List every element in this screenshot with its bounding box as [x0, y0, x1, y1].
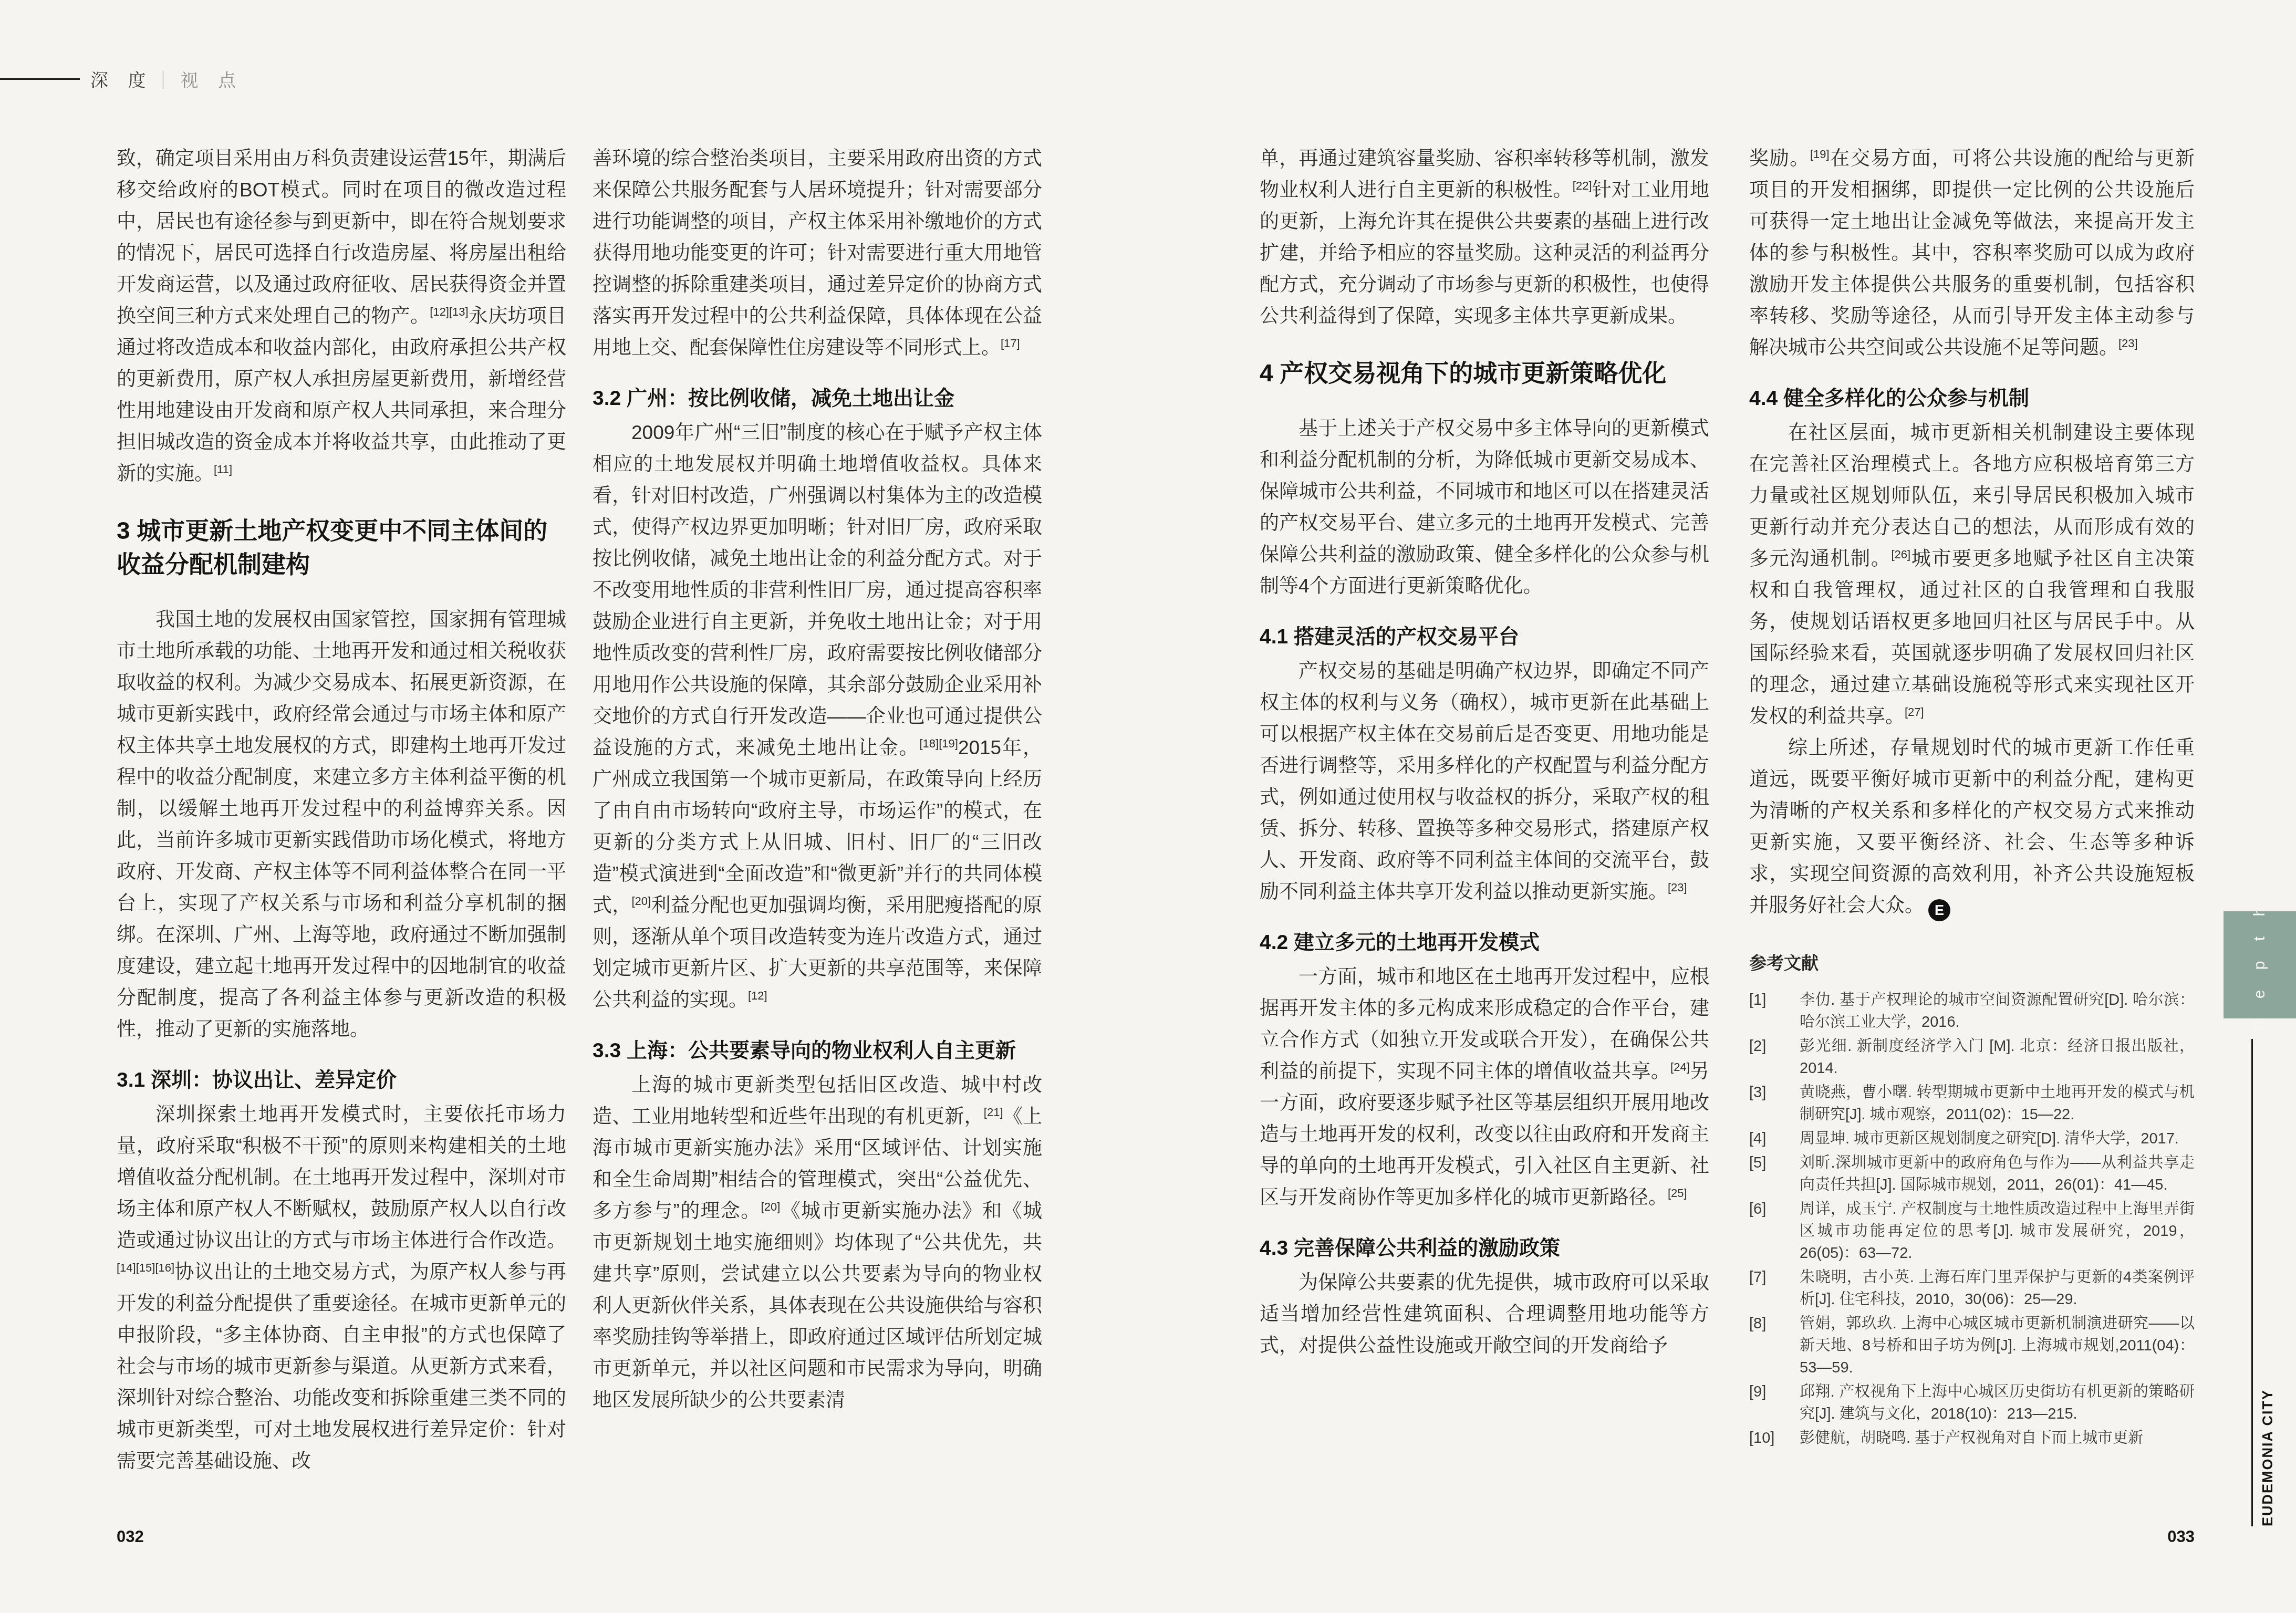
paragraph-strategy-intro: 基于上述关于产权交易中多主体导向的更新模式和利益分配机制的分析，为降低城市更新交… [1260, 413, 1709, 602]
reference-number: [8] [1749, 1313, 1800, 1379]
reference-item-6: [6]周详，成玉宁. 产权制度与土地性质改造过程中上海里弄街区城市功能再定位的思… [1749, 1198, 2195, 1264]
paragraph-public-participation: 在社区层面，城市更新相关机制建设主要体现在完善社区治理模式上。各地方应积极培育第… [1749, 417, 2195, 732]
section-heading-4: 4 产权交易视角下的城市更新策略优化 [1260, 356, 1709, 390]
reference-number: [6] [1749, 1198, 1800, 1264]
reference-text: 邱翔. 产权视角下上海中心城区历史街坊有机更新的策略研究[J]. 建筑与文化，2… [1800, 1381, 2195, 1425]
page-header: 深 度｜视 点 [90, 66, 243, 92]
reference-number: [10] [1749, 1427, 1800, 1449]
reference-item-8: [8]管娟，郭玖玖. 上海中心城区城市更新机制演进研究——以新天地、8号桥和田子… [1749, 1313, 2195, 1379]
paragraph-guangzhou: 2009年广州“三旧”制度的核心在于赋予产权主体相应的土地发展权并明确土地增值收… [593, 417, 1042, 1016]
reference-text: 周显坤. 城市更新区规划制度之研究[D]. 清华大学，2017. [1800, 1128, 2195, 1150]
sub-heading-3-1: 3.1 深圳：协议出让、差异定价 [117, 1064, 566, 1097]
reference-item-3: [3]黄晓燕，曹小曙. 转型期城市更新中土地再开发的模式与机制研究[J]. 城市… [1749, 1081, 2195, 1126]
reference-text: 管娟，郭玖玖. 上海中心城区城市更新机制演进研究——以新天地、8号桥和田子坊为例… [1800, 1313, 2195, 1379]
paragraph-trading-platform: 产权交易的基础是明确产权边界，即确定不同产权主体的权利与义务（确权），城市更新在… [1260, 655, 1709, 908]
page-number-right: 033 [1749, 1527, 2195, 1546]
reference-number: [7] [1749, 1266, 1800, 1310]
sub-heading-3-2: 3.2 广州：按比例收储，减免土地出让金 [593, 382, 1042, 415]
conclusion-text: 综上所述，存量规划时代的城市更新工作任重道远，既要平衡好城市更新中的利益分配，建… [1749, 737, 2195, 916]
reference-item-10: [10]彭健航，胡晓鸣. 基于产权视角对自下而上城市更新 [1749, 1427, 2195, 1449]
reference-text: 黄晓燕，曹小曙. 转型期城市更新中土地再开发的模式与机制研究[J]. 城市观察，… [1800, 1081, 2195, 1126]
sidebar-vertical-rule [2251, 1039, 2253, 1526]
paragraph-shanghai: 上海的城市更新类型包括旧区改造、城中村改造、工业用地转型和近些年出现的有机更新，… [593, 1069, 1042, 1416]
text-column-1: 致，确定项目采用由万科负责建设运营15年，期满后移交给政府的BOT模式。同时在项… [117, 143, 566, 1477]
paragraph-section3-intro: 我国土地的发展权由国家管控，国家拥有管理城市土地所承载的功能、土地再开发和通过相… [117, 604, 566, 1045]
reference-text: 朱晓明，古小英. 上海石库门里弄保护与更新的4类案例评析[J]. 住宅科技，20… [1800, 1266, 2195, 1310]
reference-number: [3] [1749, 1081, 1800, 1126]
reference-item-7: [7]朱晓明，古小英. 上海石库门里弄保护与更新的4类案例评析[J]. 住宅科技… [1749, 1266, 2195, 1310]
header-topic-label: 视 点 [180, 71, 243, 91]
reference-item-2: [2]彭光细. 新制度经济学入门 [M]. 北京：经济日报出版社，2014. [1749, 1035, 2195, 1079]
reference-item-9: [9]邱翔. 产权视角下上海中心城区历史街坊有机更新的策略研究[J]. 建筑与文… [1749, 1381, 2195, 1425]
references-heading: 参考文献 [1749, 950, 2195, 974]
reference-number: [2] [1749, 1035, 1800, 1079]
text-column-4: 奖励。[19]在交易方面，可将公共设施的配给与更新项目的开发相捆绑，即提供一定比… [1749, 143, 2195, 1451]
reference-number: [1] [1749, 989, 1800, 1033]
reference-item-5: [5]刘昕.深圳城市更新中的政府角色与作为——从利益共享走向责任共担[J]. 国… [1749, 1152, 2195, 1196]
paragraph-bot-model-continuation: 致，确定项目采用由万科负责建设运营15年，期满后移交给政府的BOT模式。同时在项… [117, 143, 566, 490]
paragraph-redevelopment-modes: 一方面，城市和地区在土地再开发过程中，应根据再开发主体的多元构成来形成稳定的合作… [1260, 961, 1709, 1213]
reference-number: [4] [1749, 1128, 1800, 1150]
reference-text: 周详，成玉宁. 产权制度与土地性质改造过程中上海里弄街区城市功能再定位的思考[J… [1800, 1198, 2195, 1264]
header-rule [0, 78, 80, 80]
section-heading-3: 3 城市更新土地产权变更中不同主体间的收益分配机制建构 [117, 514, 566, 581]
paragraph-shenzhen: 深圳探索土地再开发模式时，主要依托市场力量，政府采取“积极不干预”的原则来构建相… [117, 1099, 566, 1477]
sub-heading-3-3: 3.3 上海：公共要素导向的物业权利人自主更新 [593, 1035, 1042, 1067]
sub-heading-4-2: 4.2 建立多元的土地再开发模式 [1260, 927, 1709, 959]
reference-text: 彭光细. 新制度经济学入门 [M]. 北京：经济日报出版社，2014. [1800, 1035, 2195, 1079]
reference-number: [5] [1749, 1152, 1800, 1196]
reference-item-1: [1]李仂. 基于产权理论的城市空间资源配置研究[D]. 哈尔滨：哈尔滨工业大学… [1749, 989, 2195, 1033]
text-column-3: 单，再通过建筑容量奖励、容积率转移等机制，激发物业权利人进行自主更新的积极性。[… [1260, 143, 1709, 1361]
header-section-label: 深 度 [90, 71, 153, 91]
paragraph-incentive-continuation: 奖励。[19]在交易方面，可将公共设施的配给与更新项目的开发相捆绑，即提供一定比… [1749, 143, 2195, 363]
paragraph-shenzhen-continuation: 善环境的综合整治类项目，主要采用政府出资的方式来保障公共服务配套与人居环境提升；… [593, 143, 1042, 363]
depth-tab-label: D e p t h [2251, 900, 2269, 1030]
reference-item-4: [4]周显坤. 城市更新区规划制度之研究[D]. 清华大学，2017. [1749, 1128, 2195, 1150]
depth-section-tab: D e p t h [2224, 911, 2296, 1018]
header-divider: ｜ [153, 71, 180, 91]
journal-name-vertical: EUDEMONIA CITY [2260, 1389, 2276, 1526]
sub-heading-4-1: 4.1 搭建灵活的产权交易平台 [1260, 621, 1709, 653]
article-end-icon: E [1928, 899, 1950, 921]
text-column-2: 善环境的综合整治类项目，主要采用政府出资的方式来保障公共服务配套与人居环境提升；… [593, 143, 1042, 1416]
reference-text: 刘昕.深圳城市更新中的政府角色与作为——从利益共享走向责任共担[J]. 国际城市… [1800, 1152, 2195, 1196]
reference-list: 参考文献 [1]李仂. 基于产权理论的城市空间资源配置研究[D]. 哈尔滨：哈尔… [1749, 950, 2195, 1449]
sub-heading-4-4: 4.4 健全多样化的公众参与机制 [1749, 382, 2195, 415]
paragraph-shanghai-continuation: 单，再通过建筑容量奖励、容积率转移等机制，激发物业权利人进行自主更新的积极性。[… [1260, 143, 1709, 332]
paragraph-incentive-policy: 为保障公共要素的优先提供，城市政府可以采取适当增加经营性建筑面积、合理调整用地功… [1260, 1267, 1709, 1361]
reference-text: 彭健航，胡晓鸣. 基于产权视角对自下而上城市更新 [1800, 1427, 2195, 1449]
paragraph-conclusion: 综上所述，存量规划时代的城市更新工作任重道远，既要平衡好城市更新中的利益分配，建… [1749, 732, 2195, 921]
page-number-left: 032 [117, 1527, 144, 1546]
sub-heading-4-3: 4.3 完善保障公共利益的激励政策 [1260, 1232, 1709, 1265]
reference-text: 李仂. 基于产权理论的城市空间资源配置研究[D]. 哈尔滨：哈尔滨工业大学，20… [1800, 989, 2195, 1033]
reference-number: [9] [1749, 1381, 1800, 1425]
